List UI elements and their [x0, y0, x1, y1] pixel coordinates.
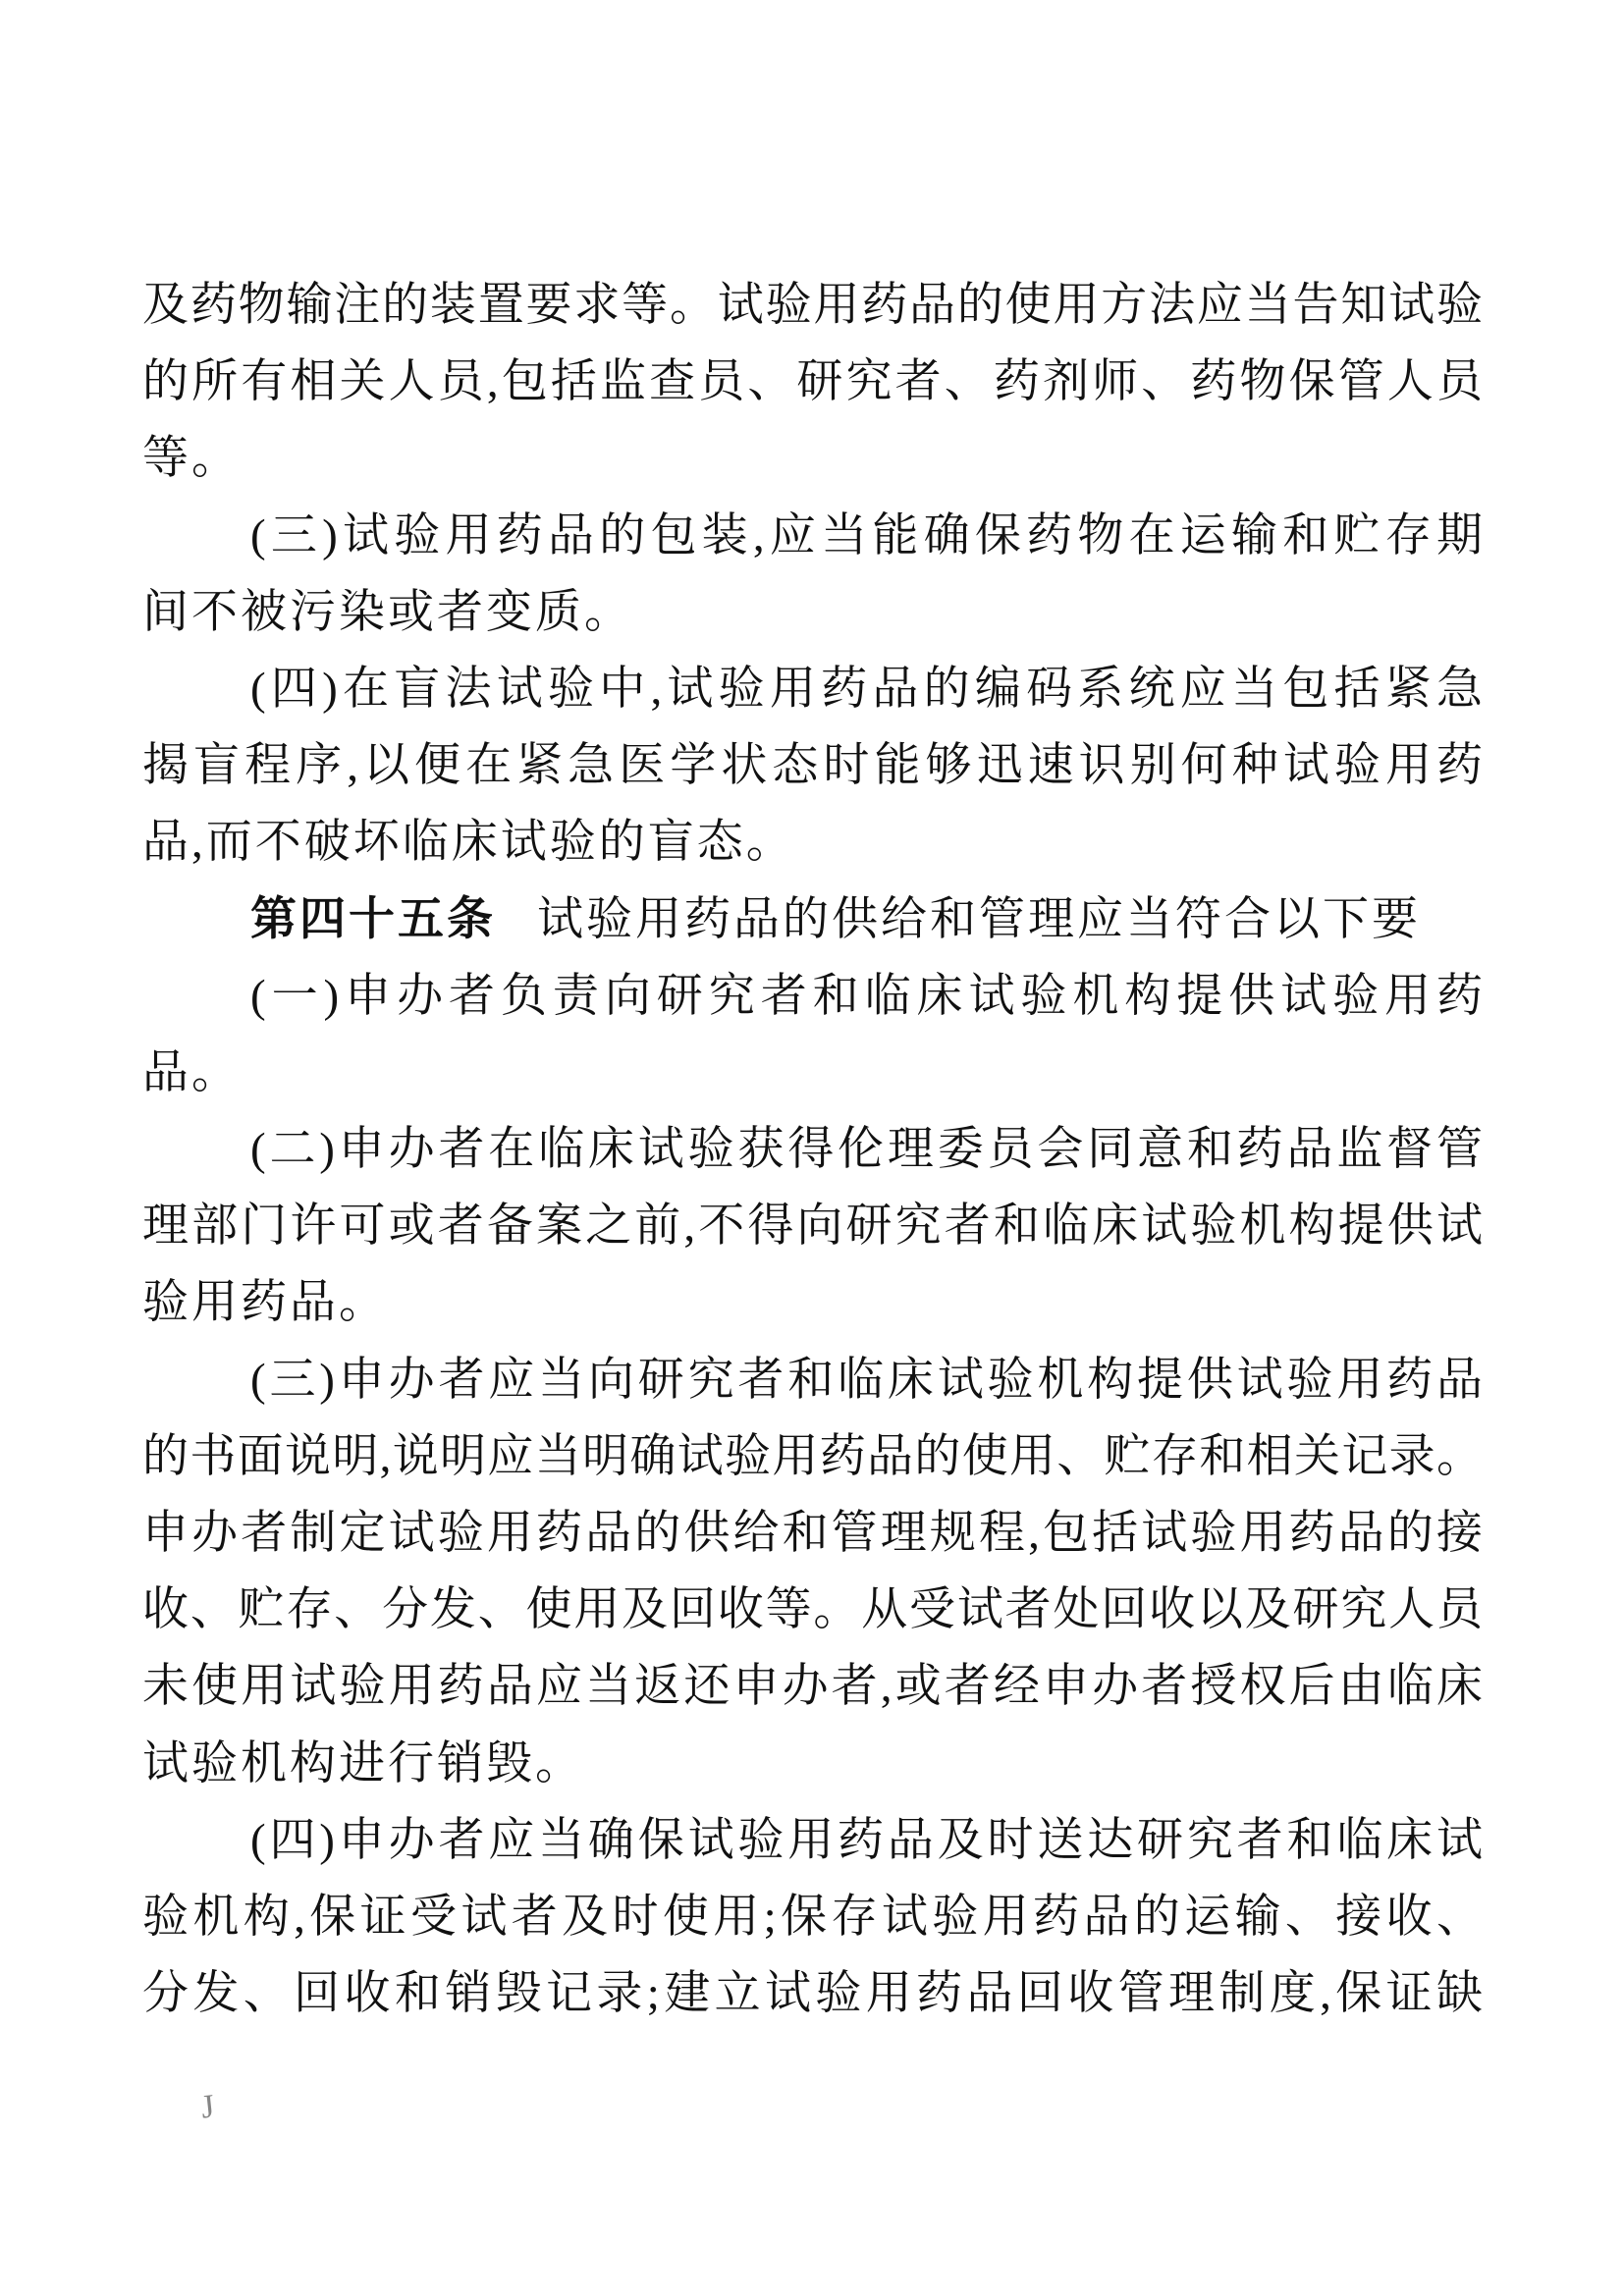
text-line: 理部门许可或者备案之前,不得向研究者和临床试验机构提供试 — [142, 1188, 1483, 1264]
text-line: (二)申办者在临床试验获得伦理委员会同意和药品监督管 — [142, 1111, 1483, 1188]
text-line: 的所有相关人员,包括监查员、研究者、药剂师、药物保管人员 — [142, 344, 1483, 420]
text-line: (一)申办者负责向研究者和临床试验机构提供试验用药 — [142, 958, 1483, 1035]
text-line: 验机构,保证受试者及时使用;保存试验用药品的运输、接收、 — [142, 1879, 1483, 1955]
text-line: 品,而不破坏临床试验的盲态。 — [142, 804, 1483, 881]
text-line: 申办者制定试验用药品的供给和管理规程,包括试验用药品的接 — [142, 1495, 1483, 1572]
text-line: 揭盲程序,以便在紧急医学状态时能够迅速识别何种试验用药 — [142, 727, 1483, 804]
article-number: 第四十五条 — [250, 894, 496, 945]
text-line: 间不被污染或者变质。 — [142, 574, 1483, 651]
text-line: 等。 — [142, 420, 1483, 497]
text-line: 品。 — [142, 1035, 1483, 1111]
text-line: 及药物输注的装置要求等。试验用药品的使用方法应当告知试验 — [142, 267, 1483, 344]
scan-artifact-mark: J — [199, 2088, 216, 2126]
text-line: (三)申办者应当向研究者和临床试验机构提供试验用药品 — [142, 1342, 1483, 1418]
text-line: (四)申办者应当确保试验用药品及时送达研究者和临床试 — [142, 1802, 1483, 1879]
text-line: (四)在盲法试验中,试验用药品的编码系统应当包括紧急 — [142, 651, 1483, 727]
text-line: 的书面说明,说明应当明确试验用药品的使用、贮存和相关记录。 — [142, 1418, 1483, 1495]
document-page: 及药物输注的装置要求等。试验用药品的使用方法应当告知试验 的所有相关人员,包括监… — [0, 0, 1624, 2296]
article-heading-line: 第四十五条试验用药品的供给和管理应当符合以下要求: — [142, 881, 1483, 958]
text-line: 试验机构进行销毁。 — [142, 1726, 1483, 1802]
text-line: 验用药品。 — [142, 1264, 1483, 1341]
text-block: 及药物输注的装置要求等。试验用药品的使用方法应当告知试验 的所有相关人员,包括监… — [142, 267, 1483, 2032]
text-line: (三)试验用药品的包装,应当能确保药物在运输和贮存期 — [142, 498, 1483, 574]
text-line: 未使用试验用药品应当返还申办者,或者经申办者授权后由临床 — [142, 1648, 1483, 1725]
text-line: 收、贮存、分发、使用及回收等。从受试者处回收以及研究人员 — [142, 1572, 1483, 1648]
text-line: 分发、回收和销毁记录;建立试验用药品回收管理制度,保证缺 — [142, 1955, 1483, 2032]
